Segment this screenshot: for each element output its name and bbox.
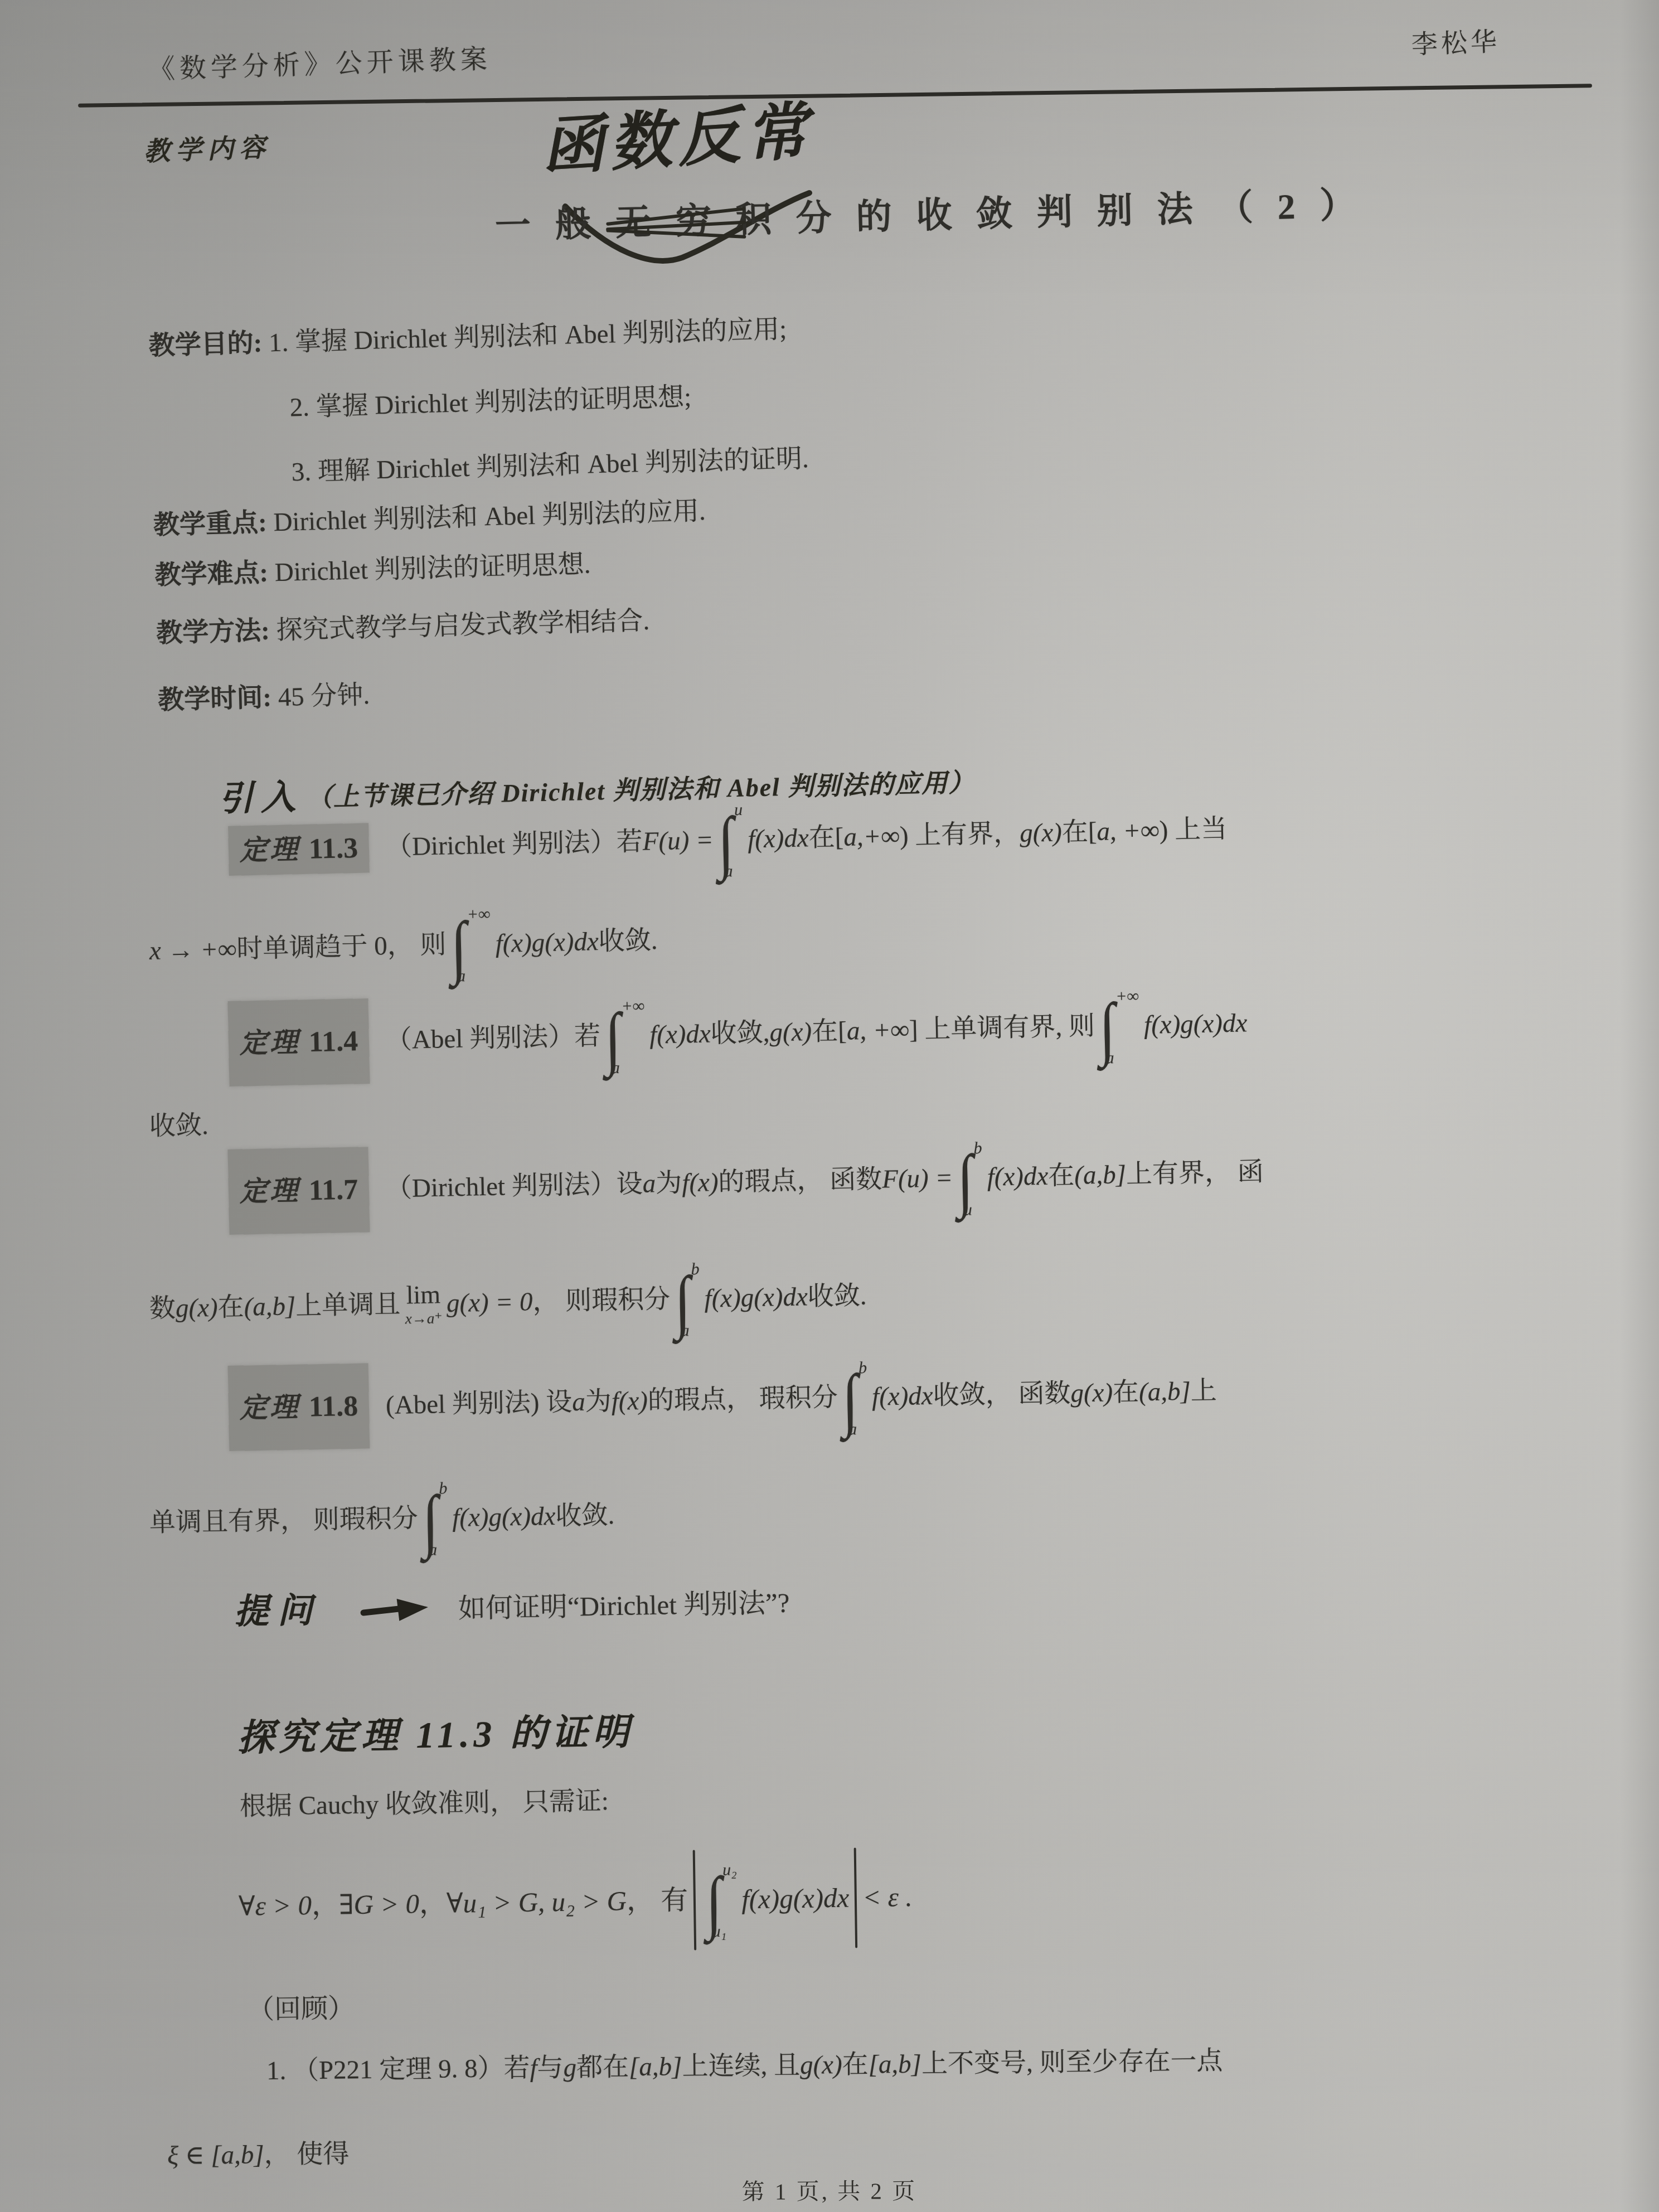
text-run: （Abel 判别法）若 [385,1020,600,1057]
theorem-tag-cn: 定理 [239,832,300,868]
text-run: 在[ [808,821,844,855]
text-run: 与 [537,2051,564,2084]
review-item-text: ξ ∈ [a,b]， 使得 [167,2138,350,2172]
text-run: 在 [1048,1160,1075,1193]
text-run: 上连续, 且 [682,2049,800,2083]
theorem-tag-cn: 定理 [239,1173,300,1210]
integral-limits: ba [858,1362,868,1433]
math-run: [a,b] [629,2050,682,2084]
integral-symbol: ∫+∞a [1099,990,1141,1062]
method-label: 教学方法: [156,614,270,650]
math-run: f(x)g(x)dx [741,1881,850,1917]
focus-line: 教学重点: Dirichlet 判别法和 Abel 判别法的应用. [153,495,706,542]
math-run: f(x) [682,1166,719,1200]
theorem-11-7-line-1: 定理 11.7 （Dirichlet 判别法）设 a 为 f(x) 的瑕点， 函… [228,1129,1265,1235]
absolute-value-bar [693,1850,697,1951]
math-run: F(u) = [882,1162,953,1196]
integral-upper-limit: b [973,1140,982,1157]
theorem-11-8-line-1: 定理 11.8 (Abel 判别法) 设 a 为 f(x) 的瑕点， 瑕积分 ∫… [228,1348,1217,1451]
integral-symbol: ∫ua [717,804,744,876]
text-run: 在 [217,1291,244,1325]
math-run: f(x)g(x)dx [1143,1007,1247,1041]
math-run: F(u) = [642,824,714,858]
text-run: 单调且有界， 则瑕积分 [149,1502,419,1540]
integral-upper-limit: u [734,802,743,818]
text-run: ， 则瑕积分 [532,1283,671,1318]
math-run: f(x)g(x)dx [452,1500,556,1535]
math-run: f(x)dx [987,1160,1049,1194]
math-run: a [572,1386,586,1419]
text-run: 1. （P221 定理 9. 8）若 [266,2052,530,2088]
text-run: 收敛. [149,1109,208,1143]
text-run: (Abel 判别法) 设 [386,1386,573,1422]
theorem-11-7-text: （Dirichlet 判别法）设 a 为 f(x) 的瑕点， 函数 F(u) =… [385,1137,1264,1225]
integral-upper-limit: u₂ [722,1862,737,1879]
math-run: g [563,2051,576,2084]
integral-lower-limit: a [429,1541,437,1558]
theorem-tag-num: 11.3 [308,829,358,867]
integral-symbol: ∫ba [674,1263,701,1335]
goal-label: 教学目的: [148,327,263,363]
integral-symbol: ∫+∞a [604,1000,646,1072]
integral-lower-limit: a [724,863,733,880]
integral-symbol: ∫ba [422,1482,449,1554]
integral-lower-limit: a [611,1059,634,1076]
math-run: x → +∞ [149,933,237,967]
focus-label: 教学重点: [153,507,267,542]
math-run: f(x)dx [748,822,809,856]
math-run: f(x)dx [872,1380,934,1414]
math-run: f(x) [611,1385,648,1418]
integral-lower-limit: a [848,1421,857,1438]
text-run: 收敛. [555,1499,615,1532]
theorem-tag-cn: 定理 [239,1390,300,1425]
page-footer: 第 1 页, 共 2 页 [0,2169,1659,2210]
integral-lower-limit: a [1105,1049,1129,1066]
text-run: 收敛. [807,1279,867,1313]
header-rule [78,84,1592,108]
math-run: a,+∞ [843,819,900,853]
theorem-tag-11-8: 定理 11.8 [228,1364,370,1451]
limit-word: lim [406,1282,440,1308]
theorem-11-3-text: x → +∞时单调趋于 0， 则∫+∞af(x)g(x)dx 收敛. [149,905,658,987]
math-run: (a,b] [244,1290,296,1323]
theorem-11-4-line-1: 定理 11.4 （Abel 判别法）若∫+∞af(x)dx 收敛, g(x) 在… [227,981,1248,1086]
math-run: ∀u₁ > G, u₂ > G [447,1884,627,1921]
header-course-title: 《数学分析》公开课教案 [148,43,492,87]
text-run: ， [312,1888,339,1923]
theorem-tag-11-7: 定理 11.7 [228,1147,370,1235]
condition-formula: ∀ε > 0， ∃G > 0， ∀u₁ > G, u₂ > G， 有∫u₂u₁f… [238,1847,913,1957]
method-text: 探究式教学与启发式教学相结合. [276,605,650,647]
text-run: 在 [842,2049,869,2082]
content-label-text: 教学内容 [143,132,271,169]
math-run: g(x) = 0 [446,1286,532,1320]
question-lead: 提问 [234,1589,321,1634]
theorem-11-8-text: 单调且有界， 则瑕积分 ∫baf(x)g(x)dx 收敛. [149,1479,615,1559]
integral-symbol: ∫bu [957,1142,983,1214]
goal-item-1: 1. 掌握 Dirichlet 判别法和 Abel 判别法的应用; [268,313,787,360]
goal-item-3: 3. 理解 Dirichlet 判别法和 Abel 判别法的证明. [291,443,809,489]
theorem-11-8-text: (Abel 判别法) 设 a 为 f(x) 的瑕点， 瑕积分 ∫baf(x)dx… [385,1356,1217,1442]
math-run: f(x)dx [649,1018,711,1052]
theorem-11-8-line-2: 单调且有界， 则瑕积分 ∫baf(x)g(x)dx 收敛. [149,1479,615,1559]
difficulty-text: Dirichlet 判别法的证明思想. [274,548,591,589]
theorem-tag-num: 11.7 [308,1172,358,1209]
text-run: 上不变号, 则至少存在一点 [921,2045,1223,2080]
text-run: 在[ [812,1015,847,1049]
text-run: 收敛， 函数 [933,1377,1071,1413]
integral-lower-limit: a [457,968,481,985]
integral-upper-limit: b [439,1480,447,1497]
math-run: < ε . [862,1880,913,1915]
integral-limits: +∞a [621,1000,646,1072]
limit-symbol: limx→a⁺ [405,1282,443,1326]
text-run: （Dirichlet 判别法）若 [385,825,643,864]
integral-limits: +∞a [1115,990,1140,1062]
math-run: g(x) [800,2049,842,2082]
integral-symbol: ∫u₂u₁ [705,1864,738,1936]
integral-limits: ua [734,804,744,875]
review-heading: （回顾） [248,1992,355,2027]
text-run: 的瑕点， 瑕积分 [647,1381,838,1418]
text-run: 收敛. [598,924,658,958]
condition-line: ∀ε > 0， ∃G > 0， ∀u₁ > G, u₂ > G， 有∫u₂u₁f… [238,1847,913,1957]
cauchy-text: 根据 Cauchy 收敛准则， 只需证: [240,1785,609,1823]
limit-subscript: x→a⁺ [405,1311,443,1326]
review-item-line-1: 1. （P221 定理 9. 8）若 f 与 g 都在 [a,b] 上连续, 且… [266,2045,1223,2088]
integral-limits: ba [439,1482,448,1554]
title-post-text: 积分的收敛判别法（2） [735,182,1381,242]
integral-limits: +∞a [467,908,492,980]
theorem-tag-num: 11.8 [308,1388,358,1425]
cauchy-line: 根据 Cauchy 收敛准则， 只需证: [240,1785,609,1823]
absolute-value-bar [854,1848,858,1948]
title-pre-text: 一般 [494,201,616,249]
review-heading-text: （回顾） [248,1992,355,2027]
text-run: 收敛, [710,1017,770,1051]
integral-upper-limit: +∞ [467,906,491,923]
page-number-text: 第 1 页, 共 2 页 [742,2178,918,2205]
title-struck-wrap: 无穷 [615,198,736,245]
text-run: 为 [656,1167,682,1201]
math-run: g(x) [769,1016,812,1049]
time-line: 教学时间: 45 分钟. [158,679,370,717]
difficulty-label: 教学难点: [154,557,269,593]
math-run: (a,b] [1139,1375,1191,1409]
theorem-tag-11-3: 定理 11.3 [228,823,370,875]
text-run: 的瑕点， 函数 [718,1163,882,1199]
handwritten-annotation: 函数反常 [540,93,816,187]
review-item-text: 1. （P221 定理 9. 8）若 f 与 g 都在 [a,b] 上连续, 且… [266,2045,1223,2088]
annotation-text: 函数反常 [540,93,816,187]
arrow-icon [360,1594,433,1626]
integral-lower-limit: u [963,1201,972,1218]
math-run: ξ ∈ [a,b] [167,2138,264,2172]
math-run: ∀ε > 0 [239,1889,312,1924]
math-run: g(x) [175,1291,218,1325]
math-run: a [642,1167,656,1200]
theorem-11-7-line-2: 数 g(x) 在 (a,b] 上单调且 limx→a⁺ g(x) = 0， 则瑕… [149,1260,867,1345]
math-run: f(x)g(x)dx [495,925,599,961]
question-text: 如何证明“Dirichlet 判别法”? [458,1586,790,1626]
theorem-11-7-text: 数 g(x) 在 (a,b] 上单调且 limx→a⁺ g(x) = 0， 则瑕… [149,1260,867,1345]
math-run: (a,b] [1074,1158,1127,1192]
text-run: 在[ [1061,816,1097,849]
explore-heading-text: 探究定理 11.3 的证明 [237,1710,634,1762]
text-run: 为 [585,1385,612,1419]
author-name-text: 李松华 [1411,26,1501,61]
integral-upper-limit: b [858,1360,867,1376]
math-run: a, +∞ [1097,814,1160,848]
theorem-tag-num: 11.4 [308,1023,358,1060]
integral-lower-limit: a [681,1322,690,1339]
time-text: 45 分钟. [278,679,370,714]
difficulty-line: 教学难点: Dirichlet 判别法的证明思想. [154,548,591,592]
question-line: 提问 如何证明“Dirichlet 判别法”? [234,1582,790,1634]
theorem-11-4-text: 收敛. [149,1109,208,1143]
text-run: 都在 [576,2051,629,2084]
lesson-plan-photo: 《数学分析》公开课教案 李松华 教学内容 函数反常 一般无穷积分的收敛判别法（2… [0,0,1659,2212]
text-run: ) 上当 [1159,813,1228,847]
text-run: 在 [1113,1376,1139,1410]
explore-heading: 探究定理 11.3 的证明 [237,1710,634,1762]
goal-line: 3. 理解 Dirichlet 判别法和 Abel 判别法的证明. [291,443,809,489]
review-item-line-2: ξ ∈ [a,b]， 使得 [167,2138,350,2172]
theorem-tag-cn: 定理 [239,1025,300,1061]
course-title-text: 《数学分析》公开课教案 [148,43,492,87]
integral-symbol: ∫ba [842,1362,869,1434]
text-run: ， 有 [627,1883,688,1918]
goal-item-2: 2. 掌握 Dirichlet 判别法的证明思想; [289,381,692,425]
time-label: 教学时间: [158,681,272,717]
integral-symbol: ∫+∞a [450,908,492,980]
text-run: ] 上单调有界, 则 [909,1010,1095,1046]
integral-limits: u₂u₁ [722,1864,738,1935]
integral-upper-limit: +∞ [621,998,644,1015]
content-label: 教学内容 [143,132,271,169]
math-run: f [530,2052,537,2085]
theorem-11-4-line-2: 收敛. [149,1109,208,1143]
integral-upper-limit: b [691,1261,700,1278]
text-run: 数 [149,1292,176,1326]
text-run: ， 使得 [264,2138,349,2171]
integral-limits: bu [973,1142,983,1214]
text-run: ) 上有界， [899,817,1020,852]
theorem-tag-11-4: 定理 11.4 [227,998,370,1086]
goal-line: 教学目的: 1. 掌握 Dirichlet 判别法和 Abel 判别法的应用; [148,313,787,363]
math-run: g(x) [1070,1376,1113,1410]
integral-lower-limit: u₁ [712,1923,726,1940]
goal-line: 2. 掌握 Dirichlet 判别法的证明思想; [289,381,692,425]
text-run: （Dirichlet 判别法）设 [386,1168,643,1206]
math-run: a, +∞ [846,1014,909,1048]
header-author-name: 李松华 [1411,26,1501,61]
integral-limits: ba [691,1263,700,1335]
math-run: [a,b] [868,2048,921,2082]
math-run: f(x)g(x)dx [704,1280,808,1315]
text-run: 上单调且 [295,1288,401,1322]
theorem-11-3-line-2: x → +∞时单调趋于 0， 则∫+∞af(x)g(x)dx 收敛. [149,905,658,987]
text-run: 时单调趋于 0， 则 [236,928,447,966]
text-run: ， [419,1886,447,1921]
theorem-11-4-text: （Abel 判别法）若∫+∞af(x)dx 收敛, g(x) 在[ a, +∞ … [385,988,1248,1076]
math-run: ∃G > 0 [339,1887,420,1922]
integral-upper-limit: +∞ [1115,988,1139,1005]
method-line: 教学方法: 探究式教学与启发式教学相结合. [156,605,650,651]
text-run: 上 [1190,1375,1217,1408]
teaching-meta-block: 教学目的: 1. 掌握 Dirichlet 判别法和 Abel 判别法的应用; … [148,292,1608,330]
focus-text: Dirichlet 判别法和 Abel 判别法的应用. [273,495,706,539]
text-run: 上有界， 函 [1126,1156,1264,1191]
math-run: g(x) [1020,816,1063,850]
